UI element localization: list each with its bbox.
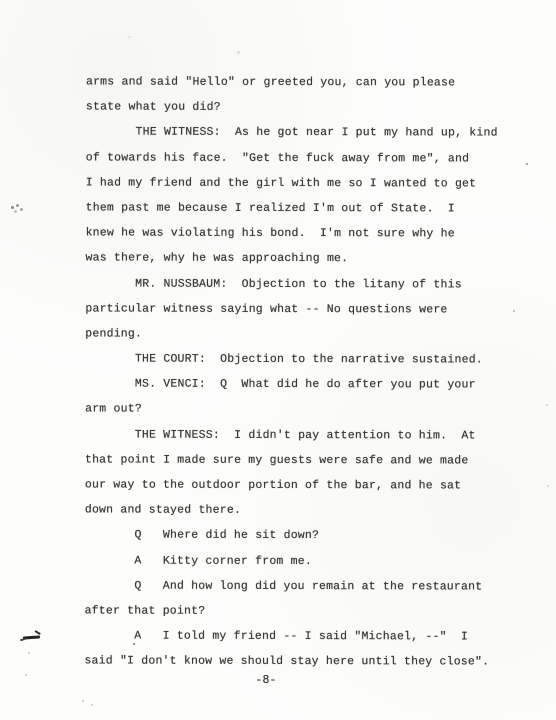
- transcript-line: them past me because I realized I'm out …: [86, 195, 526, 221]
- transcript-line: our way to the outdoor portion of the ba…: [85, 472, 525, 498]
- transcript-line: THE COURT: Objection to the narrative su…: [85, 346, 525, 372]
- transcript-line: Q And how long did you remain at the res…: [85, 573, 525, 599]
- scan-speck: [513, 310, 515, 312]
- transcript-line: state what you did?: [86, 95, 526, 121]
- scan-speck: [91, 704, 93, 706]
- transcript-line: particular witness saying what -- No que…: [85, 296, 525, 322]
- transcript-line: A Kitty corner from me.: [85, 548, 525, 574]
- transcript-line: knew he was violating his bond. I'm not …: [86, 221, 526, 247]
- scan-speck: [547, 485, 549, 487]
- transcript-line: said "I don't know we should stay here u…: [84, 649, 524, 675]
- transcript-line: MS. VENCI: Q What did he do after you pu…: [85, 372, 525, 398]
- transcript-line: of towards his face. "Get the fuck away …: [86, 145, 526, 171]
- scan-speck: [133, 643, 135, 645]
- pencil-mark-cluster: [11, 206, 14, 209]
- transcript-line: I had my friend and the girl with me so …: [86, 170, 526, 196]
- scan-speck: [82, 700, 84, 702]
- transcript-line: THE WITNESS: I didn't pay attention to h…: [85, 422, 525, 448]
- scan-speck: [28, 652, 30, 654]
- transcript-line: Q Where did he sit down?: [85, 523, 525, 549]
- transcript-text-block: arms and said "Hello" or greeted you, ca…: [84, 69, 526, 675]
- transcript-line: that point I made sure my guests were sa…: [85, 447, 525, 473]
- transcript-line: down and stayed there.: [85, 498, 525, 524]
- scanned-transcript-page: arms and said "Hello" or greeted you, ca…: [0, 0, 556, 720]
- transcript-line: THE WITNESS: As he got near I put my han…: [86, 120, 526, 146]
- scan-speck: [128, 36, 131, 38]
- margin-check-mark: [23, 635, 40, 639]
- scan-speck: [546, 404, 548, 406]
- page-number: -8-: [0, 674, 532, 687]
- transcript-line: arms and said "Hello" or greeted you, ca…: [86, 69, 526, 95]
- scan-speck: [237, 51, 240, 54]
- transcript-line: MR. NUSSBAUM: Objection to the litany of…: [85, 271, 525, 297]
- transcript-line: arm out?: [85, 397, 525, 423]
- scan-speck: [526, 163, 528, 165]
- scan-speck: [25, 674, 27, 676]
- transcript-line: was there, why he was approaching me.: [85, 246, 525, 272]
- transcript-line: A I told my friend -- I said "Michael, -…: [84, 624, 524, 650]
- transcript-line: pending.: [85, 321, 525, 347]
- transcript-line: after that point?: [85, 598, 525, 624]
